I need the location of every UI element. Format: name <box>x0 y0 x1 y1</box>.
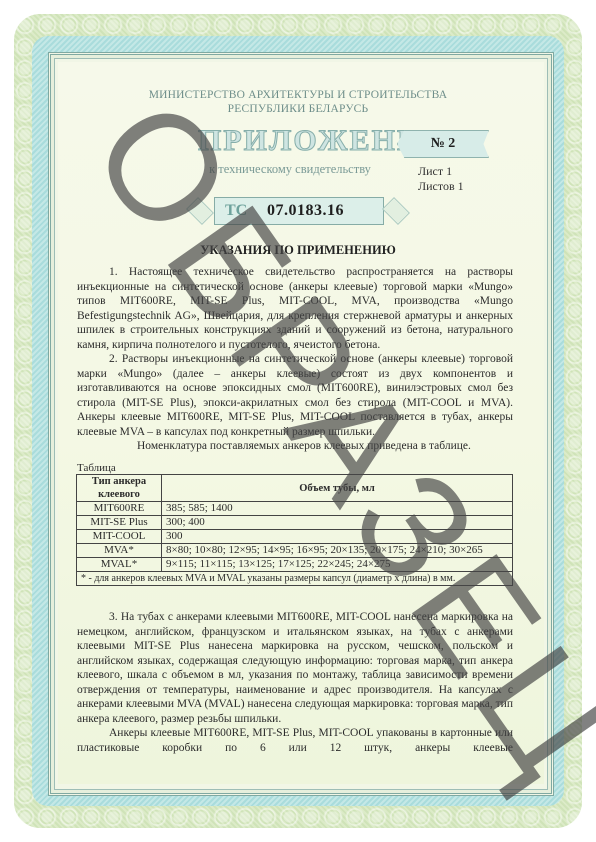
paragraph-3: 3. На тубах с анкерами клеевыми MIT600RE… <box>77 610 513 726</box>
certificate-number: 07.0183.16 <box>267 202 344 220</box>
table-row: MIT-COOL 300 <box>77 530 513 544</box>
cell-type: MVAL* <box>77 558 162 572</box>
paragraph-1: 1. Настоящее техническое свидетельство р… <box>77 265 513 352</box>
anchor-types-table: Тип анкера клеевого Объем тубы, мл MIT60… <box>76 474 513 586</box>
sheets-total: Листов 1 <box>418 179 464 194</box>
ministry-line-2: РЕСПУБЛИКИ БЕЛАРУСЬ <box>0 102 596 116</box>
body-text-bottom: 3. На тубах с анкерами клеевыми MIT600RE… <box>77 610 513 755</box>
cell-volume: 385; 585; 1400 <box>162 502 513 516</box>
body-text-top: 1. Настоящее техническое свидетельство р… <box>77 265 513 454</box>
ministry-heading: МИНИСТЕРСТВО АРХИТЕКТУРЫ И СТРОИТЕЛЬСТВА… <box>0 88 596 116</box>
table-row: MVAL* 9×115; 11×115; 13×125; 17×125; 22×… <box>77 558 513 572</box>
appendix-number-badge: № 2 <box>397 130 489 158</box>
ministry-line-1: МИНИСТЕРСТВО АРХИТЕКТУРЫ И СТРОИТЕЛЬСТВА <box>0 88 596 102</box>
table-footnote: * - для анкеров клеевых MVA и MVAL указа… <box>77 572 513 586</box>
certificate-number-banner: ТС 07.0183.16 <box>180 195 416 227</box>
cell-type: MVA* <box>77 544 162 558</box>
column-header-volume: Объем тубы, мл <box>162 475 513 502</box>
ornament-diamond-icon <box>382 197 410 225</box>
cell-type: MIT-COOL <box>77 530 162 544</box>
table-row: MIT600RE 385; 585; 1400 <box>77 502 513 516</box>
cell-volume: 300; 400 <box>162 516 513 530</box>
appendix-subtitle: к техническому свидетельству <box>170 162 410 177</box>
cell-volume: 9×115; 11×115; 13×125; 17×125; 22×245; 2… <box>162 558 513 572</box>
certificate-number-box: ТС 07.0183.16 <box>214 197 384 225</box>
table-row: MIT-SE Plus 300; 400 <box>77 516 513 530</box>
appendix-title: ПРИЛОЖЕНИЕ <box>198 124 398 158</box>
table-caption: Таблица <box>77 462 116 474</box>
table-footnote-row: * - для анкеров клеевых MVA и MVAL указа… <box>77 572 513 586</box>
cell-volume: 300 <box>162 530 513 544</box>
tc-label: ТС <box>225 202 267 220</box>
cell-type: MIT600RE <box>77 502 162 516</box>
paragraph-table-intro: Номенклатура поставляемых анкеров клеевы… <box>77 439 513 454</box>
table-row: MVA* 8×80; 10×80; 12×95; 14×95; 16×95; 2… <box>77 544 513 558</box>
sheet-number: Лист 1 <box>418 164 464 179</box>
table-header-row: Тип анкера клеевого Объем тубы, мл <box>77 475 513 502</box>
cell-volume: 8×80; 10×80; 12×95; 14×95; 16×95; 20×135… <box>162 544 513 558</box>
section-title: УКАЗАНИЯ ПО ПРИМЕНЕНИЮ <box>0 243 596 258</box>
sheet-info: Лист 1 Листов 1 <box>418 164 464 194</box>
paragraph-4: Анкеры клеевые MIT600RE, MIT-SE Plus, MI… <box>77 726 513 755</box>
ornament-diamond-icon <box>186 197 214 225</box>
paragraph-2: 2. Растворы инъекционные на синтетическо… <box>77 352 513 439</box>
column-header-type: Тип анкера клеевого <box>77 475 162 502</box>
cell-type: MIT-SE Plus <box>77 516 162 530</box>
